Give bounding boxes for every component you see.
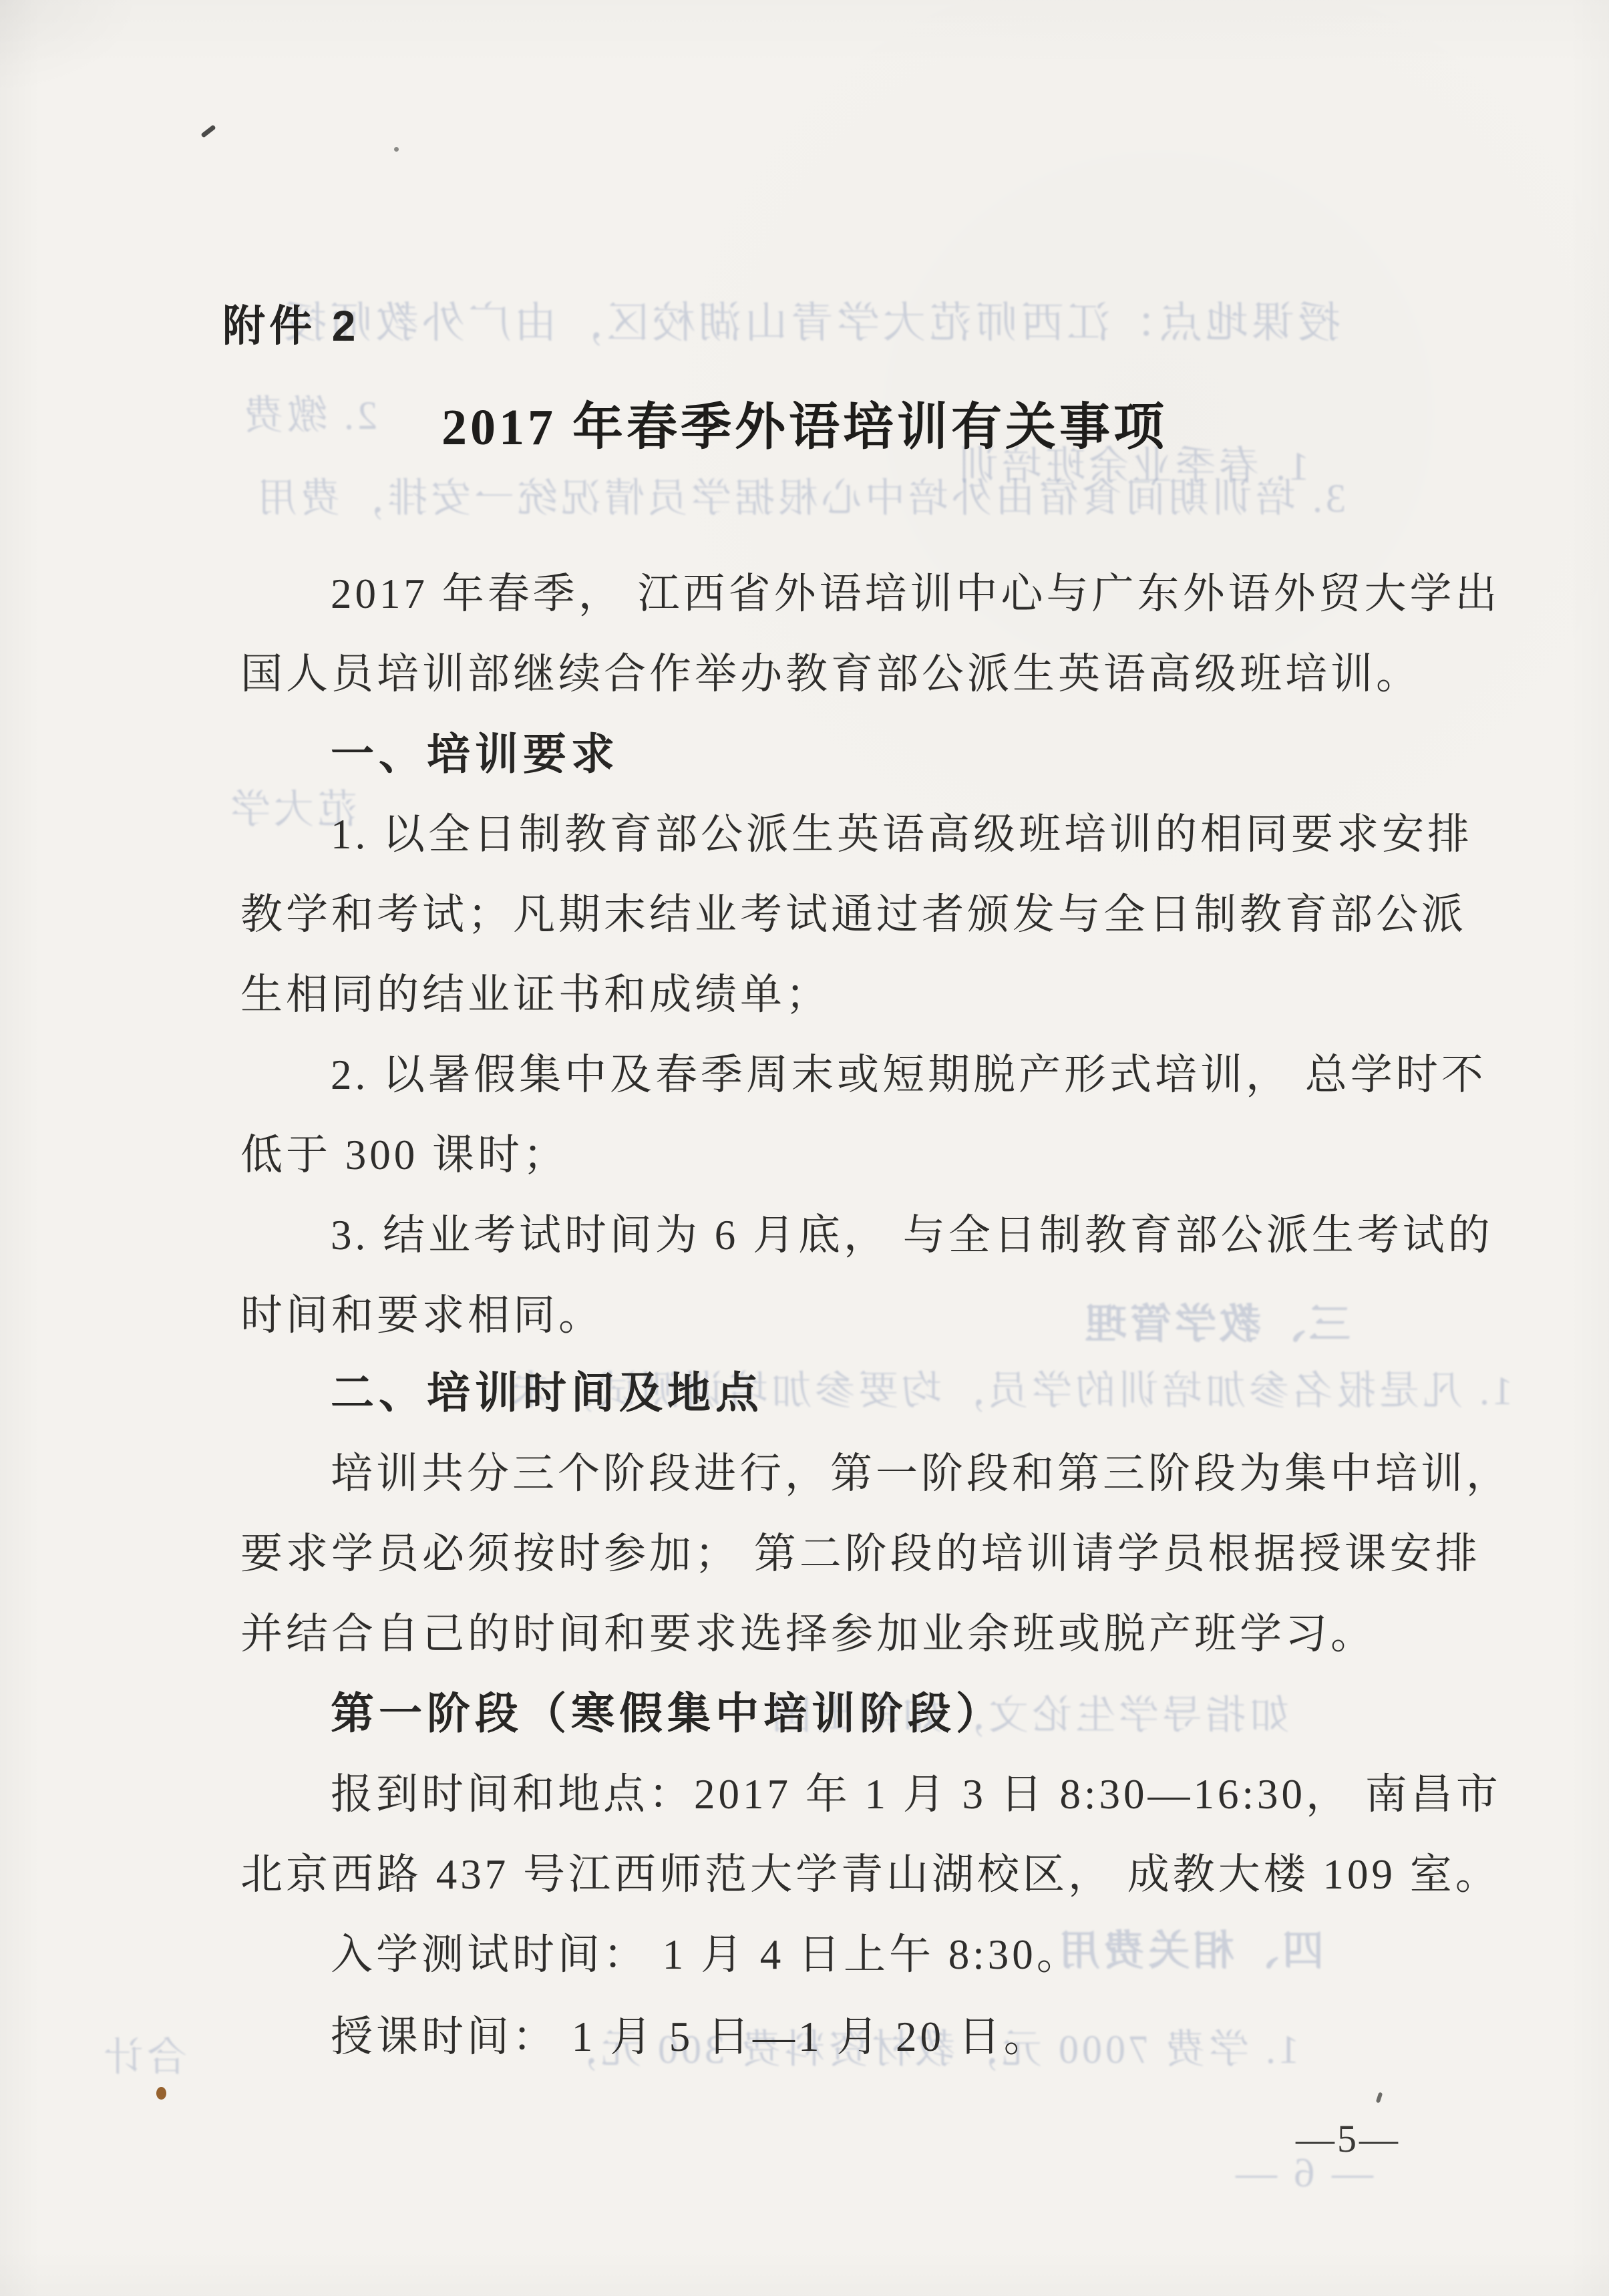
- paragraph-line: 报到时间和地点：2017 年 1 月 3 日 8:30—16:30， 南昌市: [331, 1774, 1501, 1816]
- bleedthrough-line: 授课地点：江西师范大学青山湖校区，由广外教师授: [281, 302, 1340, 345]
- document-page: 授课地点：江西师范大学青山湖校区，由广外教师授 2. 缴费 1. 春季业余班培训…: [0, 0, 1609, 2296]
- attachment-label: 附件 2: [222, 292, 359, 353]
- list-item-line: 时间和要求相同。: [240, 1295, 604, 1337]
- bleedthrough-line: 三、教学管理: [1082, 1304, 1351, 1345]
- document-title: 2017 年春季外语培训有关事项: [0, 386, 1609, 459]
- list-item-line: 生相同的结业证书和成绩单；: [240, 974, 831, 1016]
- bleedthrough-line: 3. 培训期间食宿由外培中心根据学员情况统一安排，费用: [254, 478, 1346, 518]
- list-item-line: 低于 300 课时；: [240, 1134, 568, 1176]
- paragraph-line: 授课时间： 1 月 5 日—1 月 20 日。: [331, 2016, 1049, 2058]
- scan-speck: [1376, 2092, 1383, 2103]
- scan-speck: [394, 147, 399, 152]
- paragraph-line: 北京西路 437 号江西师范大学青山湖校区， 成教大楼 109 室。: [240, 1854, 1501, 1896]
- list-item-line: 3. 结业考试时间为 6 月底， 与全日制教育部公派生考试的: [331, 1214, 1493, 1257]
- paragraph-line: 2017 年春季， 江西省外语培训中心与广东外语外贸大学出: [331, 573, 1501, 615]
- scan-speck: [200, 124, 216, 138]
- page-number: —5—: [1296, 2116, 1401, 2161]
- paragraph-line: 国人员培训部继续合作举办教育部公派生英语高级班培训。: [240, 653, 1421, 695]
- bleedthrough-line: 合计: [100, 2037, 187, 2078]
- section-heading-2: 二、培训时间及地点: [331, 1371, 763, 1414]
- bleedthrough-line: 四、相关费用: [1055, 1931, 1324, 1972]
- list-item-line: 2. 以暑假集中及春季周末或短期脱产形式培训， 总学时不: [331, 1054, 1487, 1096]
- paragraph-line: 入学测试时间： 1 月 4 日上午 8:30。: [331, 1934, 1082, 1976]
- scan-speck: [156, 2087, 166, 2100]
- paragraph-line: 并结合自己的时间和要求选择参加业余班或脱产班学习。: [240, 1613, 1376, 1655]
- paragraph-line: 培训共分三个阶段进行，第一阶段和第三阶段为集中培训，: [331, 1453, 1511, 1495]
- list-item-line: 1. 以全日制教育部公派生英语高级班培训的相同要求安排: [331, 814, 1473, 856]
- section-heading-1: 一、培训要求: [331, 732, 619, 776]
- list-item-line: 教学和考试；凡期末结业考试通过者颁发与全日制教育部公派: [240, 894, 1467, 936]
- stage-one-heading: 第一阶段（寒假集中培训阶段）: [331, 1691, 1004, 1735]
- paragraph-line: 要求学员必须按时参加； 第二阶段的培训请学员根据授课安排: [240, 1533, 1481, 1575]
